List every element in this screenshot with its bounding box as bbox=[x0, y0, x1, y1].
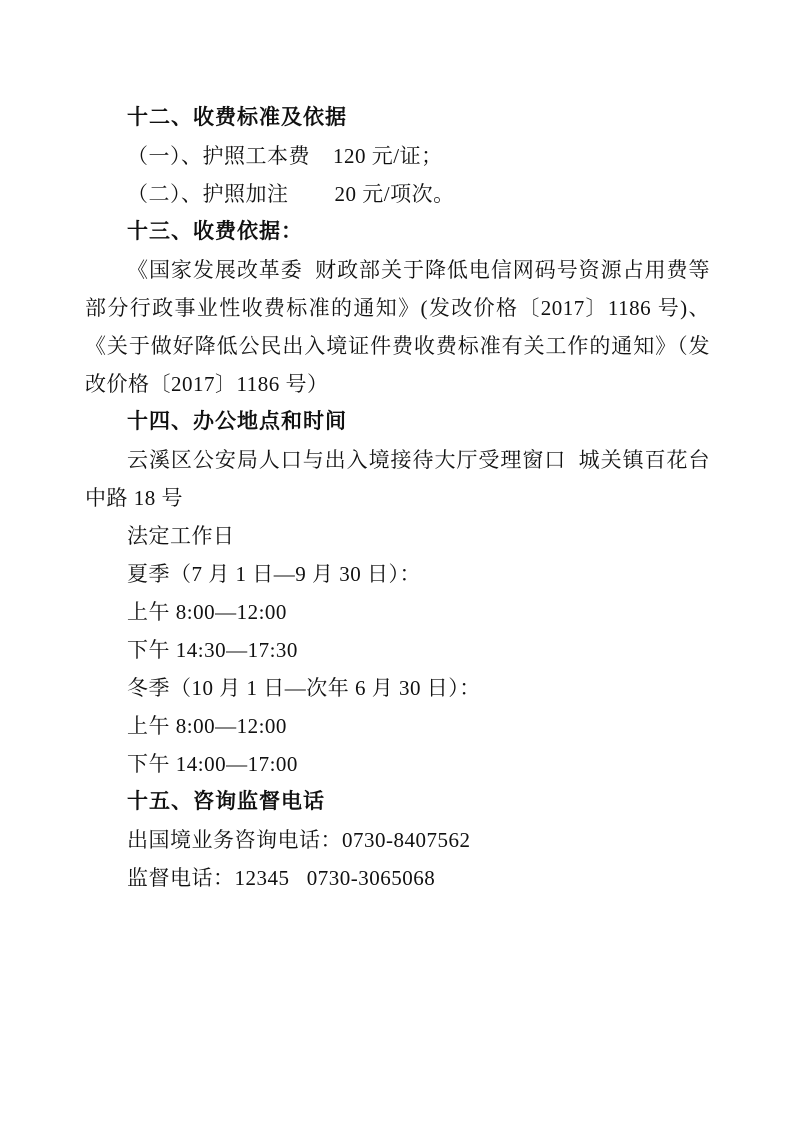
section-heading-fee-standards: 十二、收费标准及依据 bbox=[85, 99, 710, 137]
paragraph-winter-morning-hours: 上午 8:00—12:00 bbox=[85, 707, 710, 745]
paragraph-inquiry-phone: 出国境业务咨询电话：0730-8407562 bbox=[85, 821, 710, 859]
section-heading-fee-basis: 十三、收费依据： bbox=[85, 213, 710, 251]
paragraph-winter-season: 冬季（10 月 1 日—次年 6 月 30 日）： bbox=[85, 669, 710, 707]
paragraph-passport-fee: （一）、护照工本费 120 元/证； bbox=[85, 137, 710, 175]
paragraph-summer-morning-hours: 上午 8:00—12:00 bbox=[85, 593, 710, 631]
paragraph-winter-afternoon-hours: 下午 14:00—17:00 bbox=[85, 745, 710, 783]
paragraph-summer-afternoon-hours: 下午 14:30—17:30 bbox=[85, 631, 710, 669]
paragraph-office-address: 云溪区公安局人口与出入境接待大厅受理窗口 城关镇百花台中路 18 号 bbox=[85, 441, 710, 517]
paragraph-passport-endorsement-fee: （二）、护照加注 20 元/项次。 bbox=[85, 175, 710, 213]
section-heading-office-location-hours: 十四、办公地点和时间 bbox=[85, 403, 710, 441]
paragraph-legal-workdays: 法定工作日 bbox=[85, 517, 710, 555]
paragraph-supervision-phone: 监督电话：12345 0730-3065068 bbox=[85, 859, 710, 897]
paragraph-fee-basis-regulations: 《国家发展改革委 财政部关于降低电信网码号资源占用费等部分行政事业性收费标准的通… bbox=[85, 251, 710, 403]
section-heading-phone-numbers: 十五、咨询监督电话 bbox=[85, 783, 710, 821]
document-page: 十二、收费标准及依据 （一）、护照工本费 120 元/证； （二）、护照加注 2… bbox=[0, 0, 793, 1122]
document-content: 十二、收费标准及依据 （一）、护照工本费 120 元/证； （二）、护照加注 2… bbox=[85, 99, 710, 897]
paragraph-summer-season: 夏季（7 月 1 日—9 月 30 日）： bbox=[85, 555, 710, 593]
